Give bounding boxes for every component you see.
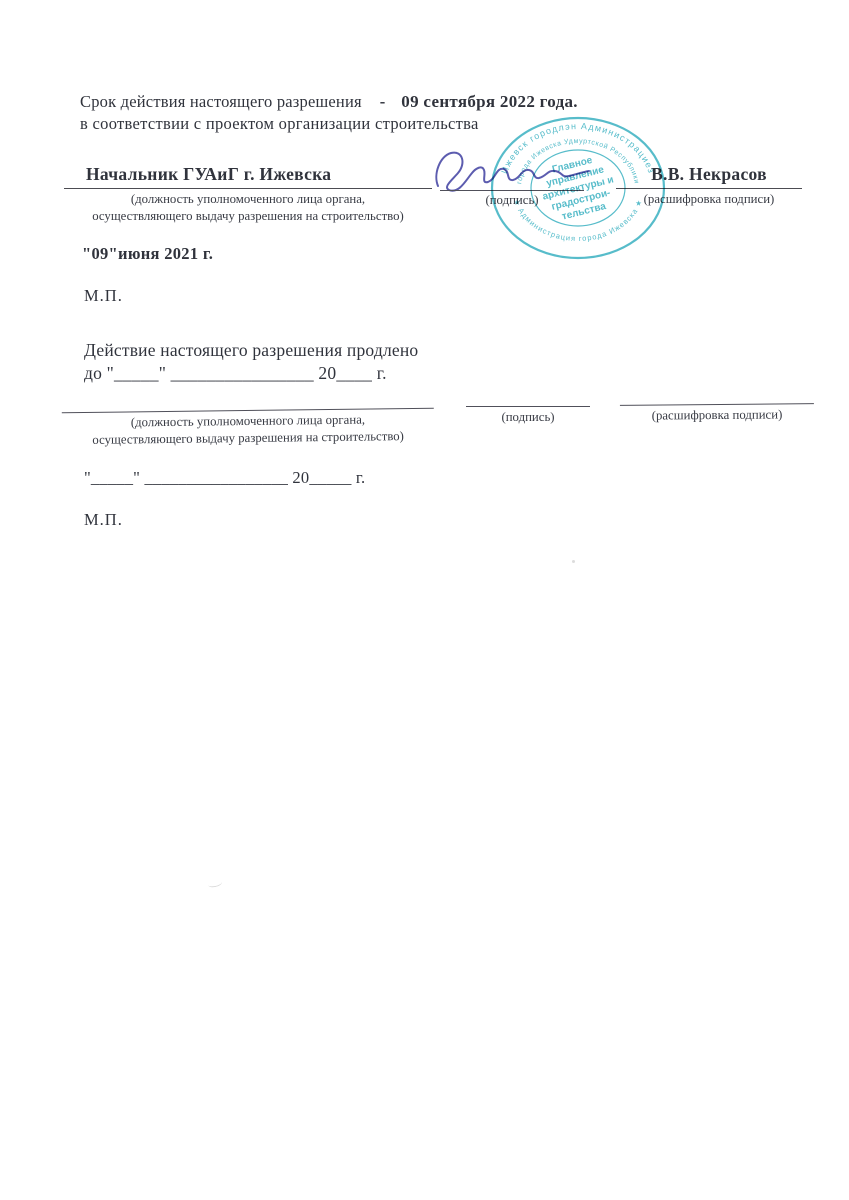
stamp-center-text: Главное управление архитектуры и градост… xyxy=(536,151,621,226)
approval-position-block: Начальник ГУАиГ г. Ижевска (должность уп… xyxy=(64,164,432,224)
position2-caption-line2: осуществляющего выдачу разрешения на стр… xyxy=(62,427,434,448)
prolongation-date-blank: "_____" _________________ 20_____ г. xyxy=(84,468,365,488)
signature2-caption: (подпись) xyxy=(466,407,590,426)
prolongation-line1: Действие настоящего разрешения продлено xyxy=(84,340,418,361)
validity-dash: - xyxy=(380,92,386,111)
official-round-stamp: Ижевск городлэн Администрациез ★ Админис… xyxy=(487,112,669,264)
prolongation-name-block: (расшифровка подписи) xyxy=(620,403,814,424)
name2-caption: (расшифровка подписи) xyxy=(620,404,814,424)
approval-date: "09"июня 2021 г. xyxy=(82,244,213,264)
validity-line: Срок действия настоящего разрешения-09 с… xyxy=(80,92,578,112)
position-caption-line1: (должность уполномоченного лица органа, xyxy=(64,191,432,208)
seal-place-mark-2: М.П. xyxy=(84,510,123,530)
validity-line2: в соответствии с проектом организации ст… xyxy=(80,114,479,134)
prolongation-date-blank-line: до "_____" ________________ 20____ г. xyxy=(84,363,387,384)
prolongation-signature-block: (подпись) xyxy=(466,406,590,426)
position-caption: (должность уполномоченного лица органа, … xyxy=(64,189,432,224)
validity-date: 09 сентября 2022 года. xyxy=(401,92,578,111)
position-caption-line2: осуществляющего выдачу разрешения на стр… xyxy=(64,208,432,225)
approval-position: Начальник ГУАиГ г. Ижевска xyxy=(64,164,432,189)
position2-caption: (должность уполномоченного лица органа, … xyxy=(62,409,434,449)
seal-place-mark: М.П. xyxy=(84,286,123,306)
scan-artifact xyxy=(207,879,222,889)
scan-artifact xyxy=(572,560,575,563)
validity-label: Срок действия настоящего разрешения xyxy=(80,92,362,111)
prolongation-position-block: (должность уполномоченного лица органа, … xyxy=(62,408,434,449)
